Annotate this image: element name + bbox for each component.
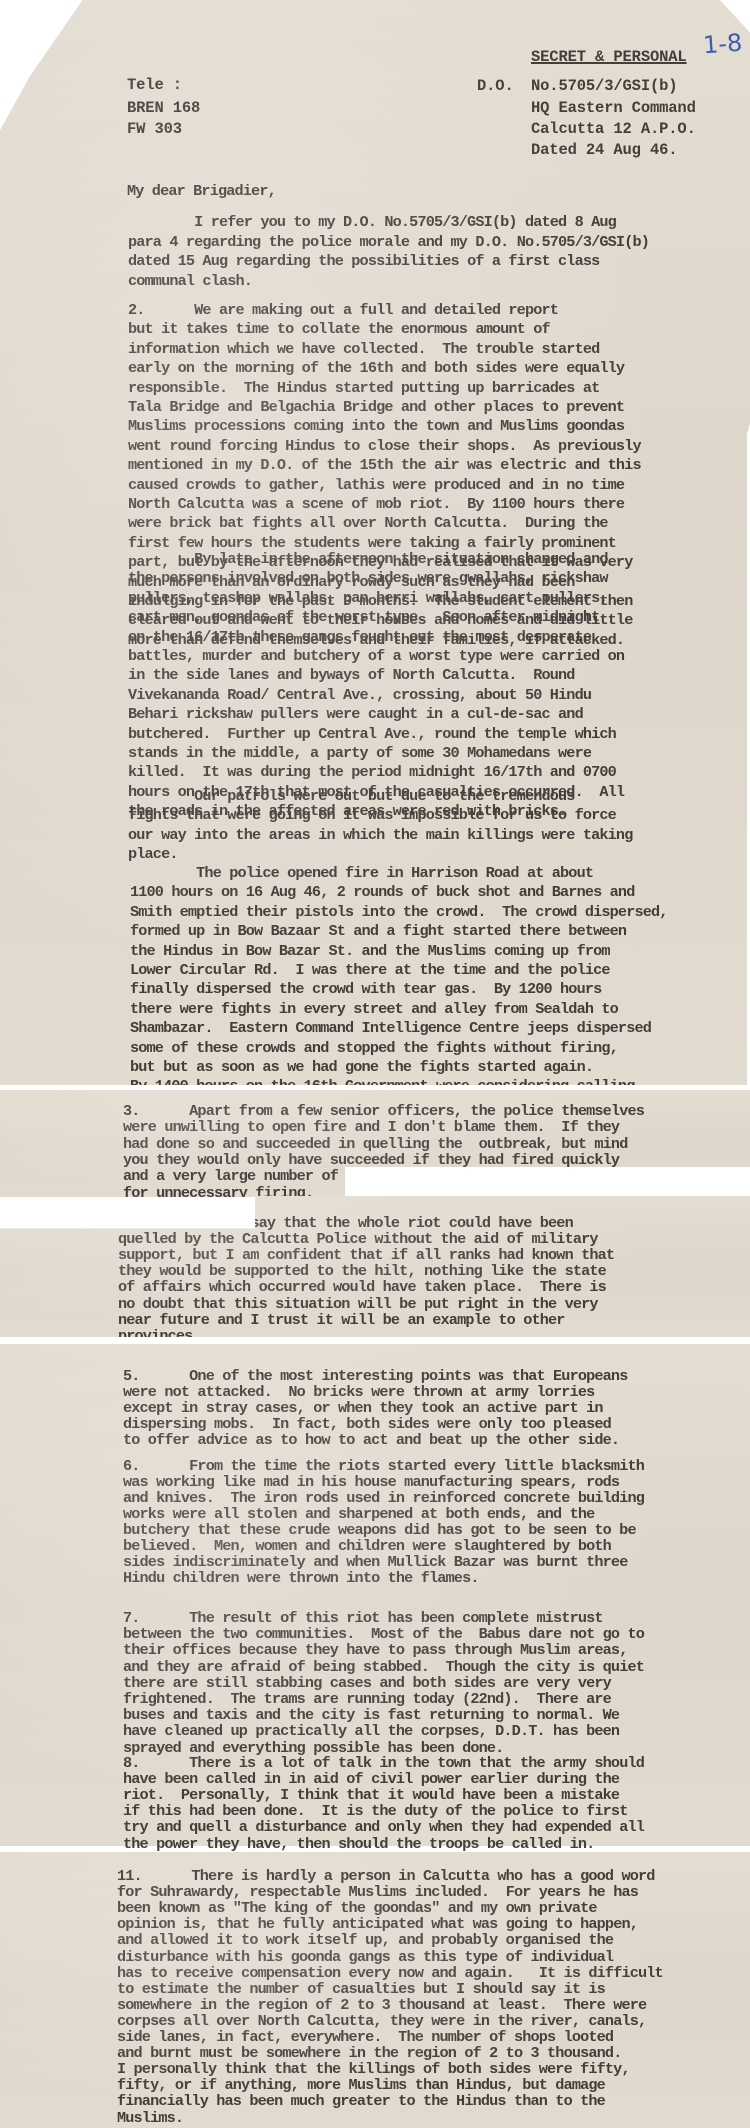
- text-line: Muslims processions coming into the town…: [128, 419, 624, 434]
- text-line: you they would only have succeeded if th…: [123, 1153, 619, 1168]
- text-line: battles, murder and butchery of a worst …: [128, 649, 624, 664]
- text-line: North Calcutta was a scene of mob riot. …: [128, 497, 624, 512]
- text-line: had done so and succeeded in quelling th…: [123, 1137, 627, 1152]
- text-line: pullers, teashop wallahs, pan berri wall…: [128, 591, 608, 606]
- text-line: sides indiscriminately and when Mullick …: [123, 1555, 627, 1570]
- text-line: information which we have collected. The…: [128, 342, 599, 357]
- text-line: to estimate the number of casualties but…: [117, 1982, 605, 1997]
- do-label: D.O.: [477, 79, 514, 95]
- text-line: communal clash.: [128, 274, 252, 289]
- text-line: I don't say that the whole riot could ha…: [118, 1216, 573, 1231]
- text-line: Vivekananda Road/ Central Ave., crossing…: [128, 688, 591, 703]
- letter-page-strip-4: 5. One of the most interesting points wa…: [0, 1344, 750, 1846]
- text-line: Lower Circular Rd. I was there at the ti…: [130, 963, 610, 978]
- text-line: somewhere in the region of 2 to 3 thousa…: [117, 1998, 646, 2013]
- text-line: butchered. Further up Central Ave., roun…: [128, 727, 616, 742]
- text-line: frightened. The trams are running today …: [123, 1692, 611, 1707]
- text-line: killed. It was during the period midnigh…: [128, 765, 616, 780]
- text-line: dispersing mobs. In fact, both sides wer…: [123, 1417, 611, 1432]
- text-line: works were all stolen and sharpened at b…: [123, 1507, 594, 1522]
- text-line: they would be supported to the hilt, not…: [118, 1264, 606, 1279]
- text-line: were brick bat fights all over North Cal…: [128, 516, 608, 531]
- text-line: cart men, goondas of the worst type. Soo…: [128, 610, 599, 625]
- text-line: responsible. The Hindus started putting …: [128, 381, 599, 396]
- text-line: went round forcing Hindus to close their…: [128, 439, 641, 454]
- text-line: try and quell a disturbance and only whe…: [123, 1820, 644, 1835]
- text-line: 8. There is a lot of talk in the town th…: [123, 1756, 644, 1771]
- text-line: the persons involved on both sides were …: [128, 571, 608, 586]
- text-line: there were fights in every street and al…: [130, 1002, 618, 1017]
- text-line: Our patrols were out but due to the trem…: [128, 789, 575, 804]
- text-line: By late in the afternoon the situation c…: [128, 552, 608, 567]
- handwritten-folio-number: 1-8: [702, 29, 743, 60]
- tele-label: Tele :: [127, 78, 182, 94]
- text-line: first few hours the students were taking…: [128, 536, 616, 551]
- text-line: I personally think that the killings of …: [117, 2062, 630, 2077]
- text-line: and burnt must be somewhere in the regio…: [117, 2046, 621, 2061]
- text-line: 1100 hours on 16 Aug 46, 2 rounds of buc…: [130, 885, 634, 900]
- text-line: and a very large number of rounds. they …: [123, 1169, 636, 1184]
- text-line: have been called in in aid of civil powe…: [123, 1772, 619, 1787]
- text-line: their offices because they have to pass …: [123, 1643, 627, 1658]
- reference-number: No.5705/3/GSI(b): [531, 79, 677, 95]
- text-line: believed. Men, women and children were s…: [123, 1539, 611, 1554]
- text-line: were unwilling to open fire and I don't …: [123, 1120, 619, 1135]
- text-line: been known as "The king of the goondas" …: [117, 1901, 597, 1916]
- letter-page-strip-5: 11. There is hardly a person in Calcutta…: [0, 1852, 750, 2128]
- text-line: 2. We are making out a full and detailed…: [128, 303, 558, 318]
- text-line: in the side lanes and byways of North Ca…: [128, 668, 575, 683]
- text-line: 11. There is hardly a person in Calcutta…: [117, 1869, 655, 1884]
- text-line: have cleaned up practically all the corp…: [123, 1724, 619, 1739]
- text-line: financially has been much greater to the…: [117, 2094, 605, 2109]
- text-line: our way into the areas in which the main…: [128, 828, 632, 843]
- text-line: to offer advice as to how to act and bea…: [123, 1433, 619, 1448]
- letter-page-strip-2: 3. Apart from a few senior officers, the…: [0, 1090, 750, 1197]
- text-line: except in stray cases, or when they took…: [123, 1401, 603, 1416]
- text-line: The police opened fire in Harrison Road …: [130, 866, 593, 881]
- classification-marking: SECRET & PERSONAL: [531, 50, 687, 66]
- text-line: on the 16/17th these gangs fought out th…: [128, 630, 591, 645]
- text-line: 5. One of the most interesting points wa…: [123, 1369, 627, 1384]
- text-line: between the two communities. Most of the…: [123, 1627, 644, 1642]
- text-line: caused crowds to gather, lathis were pro…: [128, 478, 624, 493]
- text-line: mentioned in my D.O. of the 15th the air…: [128, 458, 641, 473]
- text-line: formed up in Bow Bazaar St and a fight s…: [130, 924, 626, 939]
- text-line: butchery that these crude weapons did ha…: [123, 1523, 636, 1538]
- text-line: finally dispersed the crowd with tear ga…: [130, 982, 601, 997]
- text-line: and knives. The iron rods used in reinfo…: [123, 1491, 644, 1506]
- text-line: Muslims.: [117, 2111, 183, 2126]
- text-line: support, but I am confident that if all …: [118, 1248, 614, 1263]
- tele-number: BREN 168: [127, 101, 200, 117]
- text-line: disturbance with his goonda gangs as thi…: [117, 1950, 613, 1965]
- text-line: of affairs which occurred would have tak…: [118, 1280, 606, 1295]
- text-line: some of these crowds and stopped the fig…: [130, 1041, 618, 1056]
- text-line: for Suhrawardy, respectable Muslims incl…: [117, 1885, 638, 1900]
- text-line: stands in the middle, a party of some 30…: [128, 746, 591, 761]
- text-line: and allowed it to work itself up, and pr…: [117, 1933, 613, 1948]
- text-line: place.: [128, 847, 178, 862]
- letter-date: Dated 24 Aug 46.: [531, 143, 677, 159]
- hq-address: HQ Eastern Command: [531, 101, 696, 117]
- text-line: early on the morning of the 16th and bot…: [128, 361, 624, 376]
- text-line: no doubt that this situation will be put…: [118, 1297, 598, 1312]
- text-line: but but as soon as we had gone the fight…: [130, 1060, 593, 1075]
- text-line: Hindu children were thrown into the flam…: [123, 1571, 479, 1586]
- text-line: Tala Bridge and Belgachia Bridge and oth…: [128, 400, 624, 415]
- text-line: was working like mad in his house manufa…: [123, 1475, 619, 1490]
- text-line: Shambazar. Eastern Command Intelligence …: [130, 1021, 651, 1036]
- text-line: fights that were going on it was impossi…: [128, 808, 616, 823]
- text-line: 3. Apart from a few senior officers, the…: [123, 1104, 644, 1119]
- text-line: near future and I trust it will be an ex…: [118, 1313, 565, 1328]
- text-line: 7. The result of this riot has been comp…: [123, 1611, 603, 1626]
- text-line: if this had been done. It is the duty of…: [123, 1804, 627, 1819]
- text-line: were not attacked. No bricks were thrown…: [123, 1385, 594, 1400]
- text-line: and they are afraid of being stabbed. Th…: [123, 1660, 644, 1675]
- text-line: para 4 regarding the police morale and m…: [128, 235, 649, 250]
- text-line: opinion is, that he fully anticipated wh…: [117, 1917, 638, 1932]
- text-line: the Hindus in Bow Bazar St. and the Musl…: [130, 944, 610, 959]
- letter-page-strip-1: 1-8 Tele : BREN 168 FW 303 SECRET & PERS…: [0, 0, 750, 1085]
- text-line: there are still stabbing cases and both …: [123, 1676, 611, 1691]
- tele-extension: FW 303: [127, 122, 182, 138]
- location: Calcutta 12 A.P.O.: [531, 122, 696, 138]
- letter-page-strip-3: I don't say that the whole riot could ha…: [0, 1196, 750, 1337]
- text-line: buses and taxis and the city is fast ret…: [123, 1708, 619, 1723]
- text-line: but it takes time to collate the enormou…: [128, 322, 550, 337]
- text-line: riot. Personally, I think that it would …: [123, 1788, 619, 1803]
- text-line: Behari rickshaw pullers were caught in a…: [128, 707, 583, 722]
- text-line: dated 15 Aug regarding the possibilities…: [128, 254, 599, 269]
- text-line: I refer you to my D.O. No.5705/3/GSI(b) …: [128, 215, 616, 230]
- text-line: corpses all over North Calcutta, they we…: [117, 2014, 646, 2029]
- text-line: provinces.: [118, 1329, 201, 1344]
- text-line: 6. From the time the riots started every…: [123, 1459, 644, 1474]
- text-line: Smith emptied their pistols into the cro…: [130, 905, 668, 920]
- text-line: quelled by the Calcutta Police without t…: [118, 1232, 598, 1247]
- text-line: has to receive compensation every now an…: [117, 1966, 663, 1981]
- text-line: side lanes, in fact, everywhere. The num…: [117, 2030, 613, 2045]
- text-line: the power they have, then should the tro…: [123, 1837, 594, 1852]
- text-line: fifty, or if anything, more Muslims than…: [117, 2078, 605, 2093]
- salutation: My dear Brigadier,: [127, 184, 276, 199]
